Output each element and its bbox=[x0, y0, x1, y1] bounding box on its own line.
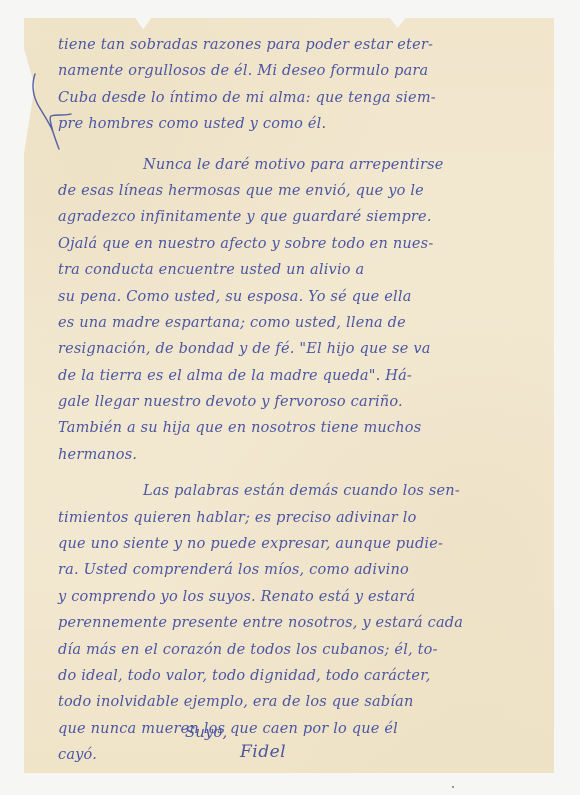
scan-speck bbox=[452, 786, 454, 788]
text-line: tra conducta encuentre usted un alivio a bbox=[58, 257, 528, 283]
text-line: timientos quieren hablar; es preciso adi… bbox=[58, 505, 528, 531]
text-line: Cuba desde lo íntimo de mi alma: que ten… bbox=[58, 85, 528, 111]
paragraph-gap bbox=[58, 468, 528, 478]
text-line: ra. Usted comprenderá los míos, como adi… bbox=[58, 557, 528, 583]
text-line: Ojalá que en nuestro afecto y sobre todo… bbox=[58, 231, 528, 257]
text-line: tiene tan sobradas razones para poder es… bbox=[58, 32, 528, 58]
text-line: todo inolvidable ejemplo, era de los que… bbox=[58, 689, 528, 715]
text-line: También a su hija que en nosotros tiene … bbox=[58, 415, 528, 441]
text-line: de esas líneas hermosas que me envió, qu… bbox=[58, 178, 528, 204]
text-line: su pena. Como usted, su esposa. Yo sé qu… bbox=[58, 284, 528, 310]
text-line: agradezco infinitamente y que guardaré s… bbox=[58, 204, 528, 230]
text-line: Las palabras están demás cuando los sen- bbox=[58, 478, 528, 504]
letter-body: tiene tan sobradas razones para poder es… bbox=[58, 32, 528, 769]
text-line: que nunca mueren los que caen por lo que… bbox=[58, 716, 528, 742]
text-line: namente orgullosos de él. Mi deseo formu… bbox=[58, 58, 528, 84]
scanned-page: tiene tan sobradas razones para poder es… bbox=[0, 0, 580, 795]
text-line: que uno siente y no puede expresar, aunq… bbox=[58, 531, 528, 557]
text-line: perennemente presente entre nosotros, y … bbox=[58, 610, 528, 636]
text-line: do ideal, todo valor, todo dignidad, tod… bbox=[58, 663, 528, 689]
signature: Fidel bbox=[240, 742, 286, 762]
letter-closing: Suyo, bbox=[185, 723, 227, 741]
text-line: cayó. bbox=[58, 742, 528, 768]
text-line: gale llegar nuestro devoto y fervoroso c… bbox=[58, 389, 528, 415]
text-line: Nunca le daré motivo para arrepentirse bbox=[58, 152, 528, 178]
paragraph-gap bbox=[58, 138, 528, 152]
text-line: de la tierra es el alma de la madre qued… bbox=[58, 363, 528, 389]
text-line: hermanos. bbox=[58, 442, 528, 468]
text-line: resignación, de bondad y de fé. "El hijo… bbox=[58, 336, 528, 362]
text-line: día más en el corazón de todos los cuban… bbox=[58, 637, 528, 663]
text-line: es una madre espartana; como usted, llen… bbox=[58, 310, 528, 336]
text-line: pre hombres como usted y como él. bbox=[58, 111, 528, 137]
text-line: y comprendo yo los suyos. Renato está y … bbox=[58, 584, 528, 610]
